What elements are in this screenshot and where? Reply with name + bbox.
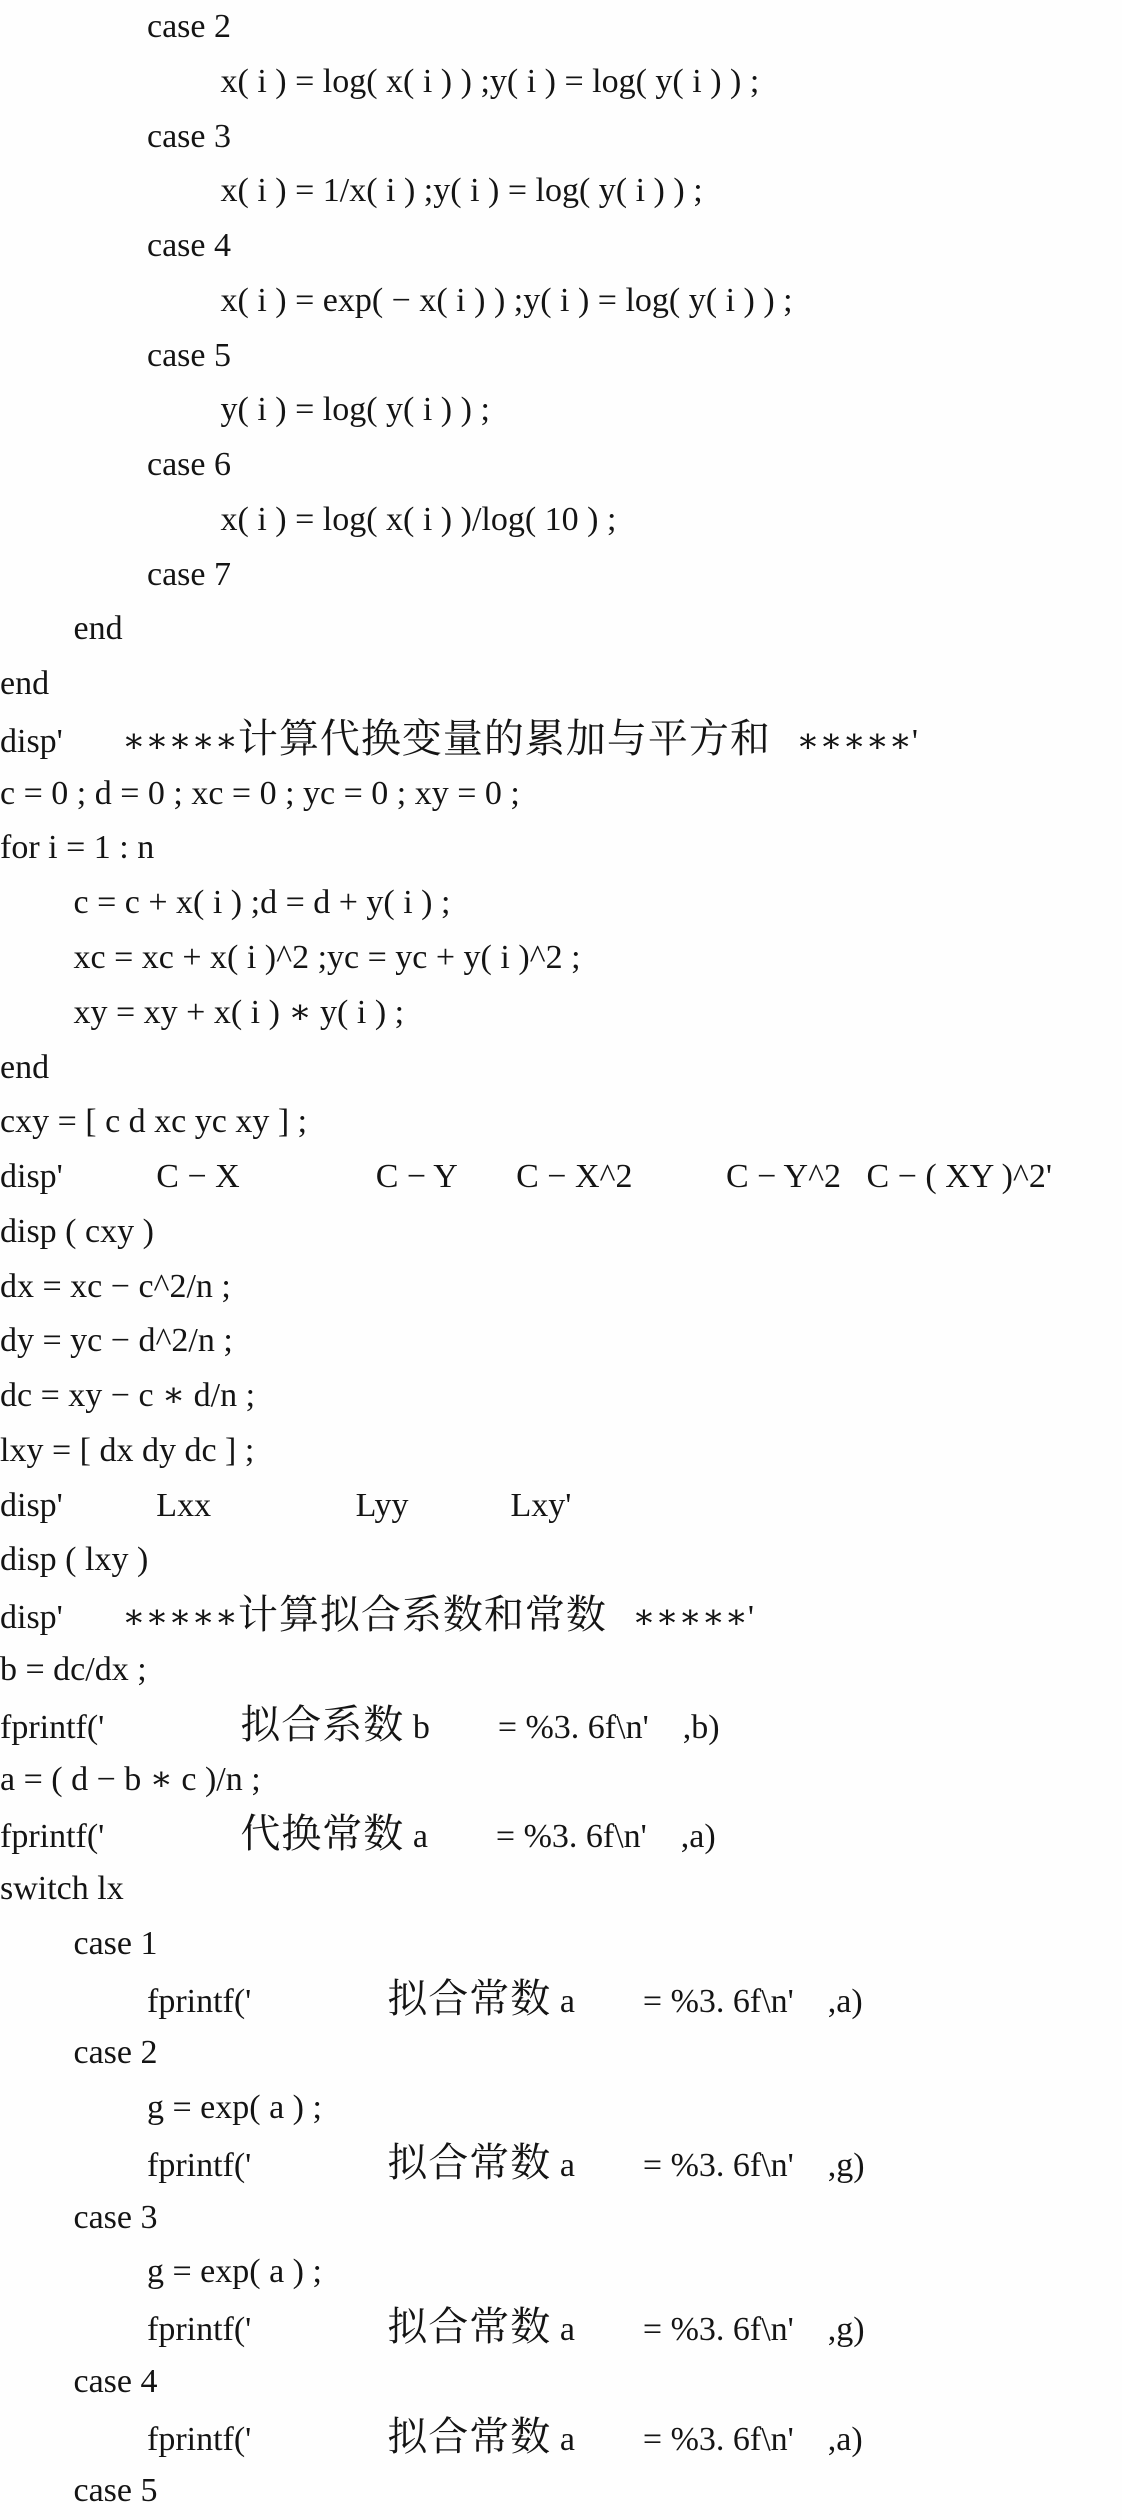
code-line: case 1 bbox=[0, 1917, 1122, 1972]
code-text: fprintf(' bbox=[147, 2421, 387, 2458]
code-line: case 4 bbox=[0, 219, 1122, 274]
code-line: case 3 bbox=[0, 110, 1122, 165]
code-text: disp' ∗∗∗∗∗ bbox=[0, 1599, 238, 1636]
code-text: disp ( cxy ) bbox=[0, 1213, 154, 1250]
code-line: case 2 bbox=[0, 2026, 1122, 2081]
code-text: dy = yc − d^2/n ; bbox=[0, 1322, 233, 1359]
code-line: b = dc/dx ; bbox=[0, 1643, 1122, 1698]
code-text: case 2 bbox=[147, 8, 231, 45]
code-text: case 2 bbox=[74, 2034, 158, 2071]
code-line: lxy = [ dx dy dc ] ; bbox=[0, 1424, 1122, 1479]
code-text: a = %3. 6f\n' ,a) bbox=[551, 2421, 862, 2458]
code-text: a = %3. 6f\n' ,a) bbox=[551, 1983, 862, 2020]
code-text: b = %3. 6f\n' ,b) bbox=[404, 1709, 719, 1746]
code-text: c = c + x( i ) ;d = d + y( i ) ; bbox=[74, 884, 451, 921]
code-text: x( i ) = log( x( i ) ) ;y( i ) = log( y(… bbox=[221, 63, 760, 100]
code-text: ∗∗∗∗∗' bbox=[607, 1599, 754, 1636]
code-text: disp ( lxy ) bbox=[0, 1541, 148, 1578]
code-line: x( i ) = log( x( i ) ) ;y( i ) = log( y(… bbox=[0, 55, 1122, 110]
code-line: case 3 bbox=[0, 2191, 1122, 2246]
code-text: case 4 bbox=[147, 227, 231, 264]
code-line: fprintf(' 拟合系数 b = %3. 6f\n' ,b) bbox=[0, 1698, 1122, 1753]
code-line: disp ( cxy ) bbox=[0, 1205, 1122, 1260]
code-text: a = %3. 6f\n' ,g) bbox=[551, 2311, 864, 2348]
code-line: switch lx bbox=[0, 1862, 1122, 1917]
cjk-text: 代换常数 bbox=[240, 1811, 404, 1856]
code-text: a = ( d − b ∗ c )/n ; bbox=[0, 1761, 261, 1798]
code-line: end bbox=[0, 657, 1122, 712]
code-text: x( i ) = exp( − x( i ) ) ;y( i ) = log( … bbox=[221, 282, 793, 319]
code-text: fprintf(' bbox=[147, 2147, 387, 2184]
code-text: cxy = [ c d xc yc xy ] ; bbox=[0, 1103, 307, 1140]
code-text: fprintf(' bbox=[0, 1709, 240, 1746]
code-text: ∗∗∗∗∗' bbox=[771, 723, 918, 760]
code-text: case 6 bbox=[147, 446, 231, 483]
code-text: case 5 bbox=[74, 2472, 158, 2509]
code-text: dx = xc − c^2/n ; bbox=[0, 1268, 231, 1305]
code-text: a = %3. 6f\n' ,g) bbox=[551, 2147, 864, 2184]
code-line: dc = xy − c ∗ d/n ; bbox=[0, 1369, 1122, 1424]
code-text: end bbox=[0, 665, 49, 702]
code-line: g = exp( a ) ; bbox=[0, 2245, 1122, 2300]
code-line: y( i ) = log( y( i ) ) ; bbox=[0, 383, 1122, 438]
code-text: case 4 bbox=[74, 2363, 158, 2400]
code-line: dx = xc − c^2/n ; bbox=[0, 1260, 1122, 1315]
code-line: case 2 bbox=[0, 0, 1122, 55]
cjk-text: 拟合常数 bbox=[387, 1976, 551, 2021]
cjk-text: 计算拟合系数和常数 bbox=[238, 1592, 607, 1637]
code-text: case 1 bbox=[74, 1925, 158, 1962]
cjk-text: 拟合常数 bbox=[387, 2414, 551, 2459]
code-text: disp' Lxx Lyy Lxy' bbox=[0, 1487, 571, 1524]
code-line: xy = xy + x( i ) ∗ y( i ) ; bbox=[0, 986, 1122, 1041]
code-line: fprintf(' 拟合常数 a = %3. 6f\n' ,g) bbox=[0, 2136, 1122, 2191]
code-text: fprintf(' bbox=[0, 1818, 240, 1855]
code-line: cxy = [ c d xc yc xy ] ; bbox=[0, 1095, 1122, 1150]
code-line: c = 0 ; d = 0 ; xc = 0 ; yc = 0 ; xy = 0… bbox=[0, 767, 1122, 822]
code-text: case 3 bbox=[147, 118, 231, 155]
code-text: g = exp( a ) ; bbox=[147, 2253, 322, 2290]
code-text: fprintf(' bbox=[147, 1983, 387, 2020]
code-text: case 5 bbox=[147, 337, 231, 374]
code-line: case 5 bbox=[0, 329, 1122, 384]
cjk-text: 拟合常数 bbox=[387, 2304, 551, 2349]
code-line: xc = xc + x( i )^2 ;yc = yc + y( i )^2 ; bbox=[0, 931, 1122, 986]
code-line: fprintf(' 拟合常数 a = %3. 6f\n' ,g) bbox=[0, 2300, 1122, 2355]
code-page: case 2x( i ) = log( x( i ) ) ;y( i ) = l… bbox=[0, 0, 1122, 2520]
code-text: y( i ) = log( y( i ) ) ; bbox=[221, 391, 490, 428]
code-line: dy = yc − d^2/n ; bbox=[0, 1314, 1122, 1369]
code-text: fprintf(' bbox=[147, 2311, 387, 2348]
code-line: x( i ) = 1/x( i ) ;y( i ) = log( y( i ) … bbox=[0, 164, 1122, 219]
code-text: xy = xy + x( i ) ∗ y( i ) ; bbox=[74, 994, 405, 1031]
code-line: case 7 bbox=[0, 548, 1122, 603]
code-text: case 7 bbox=[147, 556, 231, 593]
code-line: case 6 bbox=[0, 438, 1122, 493]
code-line: for i = 1 : n bbox=[0, 821, 1122, 876]
code-line: fprintf(' 拟合常数 a = %3. 6f\n' ,a) bbox=[0, 2410, 1122, 2465]
code-line: x( i ) = exp( − x( i ) ) ;y( i ) = log( … bbox=[0, 274, 1122, 329]
code-listing: case 2x( i ) = log( x( i ) ) ;y( i ) = l… bbox=[0, 0, 1122, 2519]
code-text: x( i ) = 1/x( i ) ;y( i ) = log( y( i ) … bbox=[221, 172, 703, 209]
code-text: b = dc/dx ; bbox=[0, 1651, 147, 1688]
code-line: disp' ∗∗∗∗∗计算拟合系数和常数 ∗∗∗∗∗' bbox=[0, 1588, 1122, 1643]
code-text: lxy = [ dx dy dc ] ; bbox=[0, 1432, 254, 1469]
code-text: dc = xy − c ∗ d/n ; bbox=[0, 1377, 255, 1414]
code-line: end bbox=[0, 1041, 1122, 1096]
code-line: end bbox=[0, 602, 1122, 657]
code-text: g = exp( a ) ; bbox=[147, 2089, 322, 2126]
code-text: case 3 bbox=[74, 2199, 158, 2236]
code-line: disp' C − X C − Y C − X^2 C − Y^2 C − ( … bbox=[0, 1150, 1122, 1205]
code-text: for i = 1 : n bbox=[0, 829, 154, 866]
code-line: case 5 bbox=[0, 2464, 1122, 2519]
code-text: switch lx bbox=[0, 1870, 124, 1907]
code-line: x( i ) = log( x( i ) )/log( 10 ) ; bbox=[0, 493, 1122, 548]
code-line: fprintf(' 拟合常数 a = %3. 6f\n' ,a) bbox=[0, 1972, 1122, 2027]
code-text: c = 0 ; d = 0 ; xc = 0 ; yc = 0 ; xy = 0… bbox=[0, 775, 520, 812]
code-text: xc = xc + x( i )^2 ;yc = yc + y( i )^2 ; bbox=[74, 939, 581, 976]
code-text: disp' ∗∗∗∗∗ bbox=[0, 723, 238, 760]
code-text: x( i ) = log( x( i ) )/log( 10 ) ; bbox=[221, 501, 617, 538]
code-line: disp ( lxy ) bbox=[0, 1533, 1122, 1588]
code-line: disp' Lxx Lyy Lxy' bbox=[0, 1479, 1122, 1534]
code-text: a = %3. 6f\n' ,a) bbox=[404, 1818, 715, 1855]
code-text: end bbox=[0, 1049, 49, 1086]
code-text: disp' C − X C − Y C − X^2 C − Y^2 C − ( … bbox=[0, 1158, 1052, 1195]
cjk-text: 计算代换变量的累加与平方和 bbox=[238, 716, 771, 761]
code-text: end bbox=[74, 610, 123, 647]
code-line: case 4 bbox=[0, 2355, 1122, 2410]
code-line: a = ( d − b ∗ c )/n ; bbox=[0, 1753, 1122, 1808]
code-line: g = exp( a ) ; bbox=[0, 2081, 1122, 2136]
code-line: c = c + x( i ) ;d = d + y( i ) ; bbox=[0, 876, 1122, 931]
cjk-text: 拟合系数 bbox=[240, 1702, 404, 1747]
code-line: fprintf(' 代换常数 a = %3. 6f\n' ,a) bbox=[0, 1807, 1122, 1862]
cjk-text: 拟合常数 bbox=[387, 2140, 551, 2185]
code-line: disp' ∗∗∗∗∗计算代换变量的累加与平方和 ∗∗∗∗∗' bbox=[0, 712, 1122, 767]
